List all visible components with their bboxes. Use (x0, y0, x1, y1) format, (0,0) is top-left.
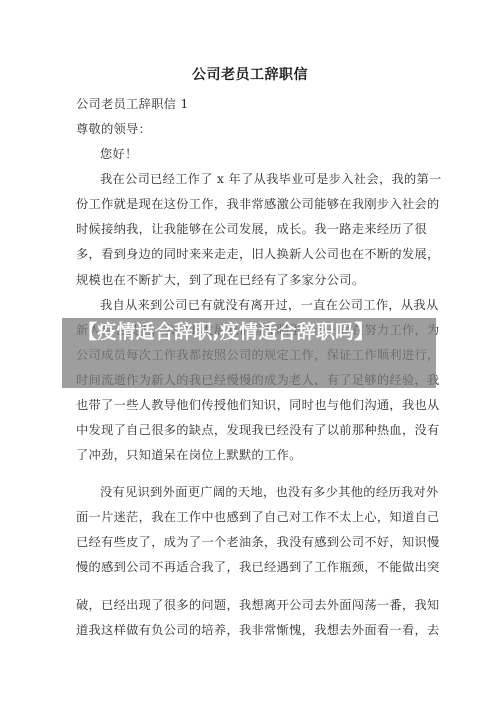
document-subtitle: 公司老员工辞职信 1 (76, 96, 426, 112)
paragraph-line: 没有见识到外面更广阔的天地，也没有多少其他的经历我对外 (100, 484, 426, 500)
paragraph-line: 我在公司已经工作了 x 年了从我毕业可是步入社会，我的第一 (100, 171, 426, 187)
greeting: 您好！ (100, 146, 426, 162)
salutation: 尊敬的领导： (76, 121, 426, 137)
paragraph-line: 多，看到身边的同时来来走走，旧人换新人公司也在不断的发展， (76, 246, 426, 262)
paragraph-line: 已经有些皮了，成为了一个老油条，我没有感到公司不好，知识慢 (76, 534, 426, 550)
paragraph-line: 慢的感到公司不再适合我了，我已经遇到了工作瓶颈，不能做出突 (76, 559, 426, 575)
paragraph-line: 中发现了自己很多的缺点，发现我已经没有了以前那种热血，没有 (76, 422, 426, 438)
paragraph-line: 了冲劲，只知道呆在岗位上默默的工作。 (76, 447, 426, 463)
paragraph-line: 也带了一些人教导他们传授他们知识，同时也与他们沟通，我也从 (76, 397, 426, 413)
paragraph-line: 份工作就是现在这份工作，我非常感激公司能够在我刚步入社会的 (76, 196, 426, 212)
paragraph-line: 我自从来到公司已有就没有离开过，一直在公司工作，从我从 (100, 297, 426, 313)
document-page: 公司老员工辞职信 公司老员工辞职信 1 尊敬的领导： 您好！ 我在公司已经工作了… (0, 0, 500, 706)
paragraph-line: 面一片迷茫，我在工作中也感到了自己对工作不太上心，知道自己 (76, 509, 426, 525)
paragraph-line: 破，已经出现了很多的问题，我想离开公司去外面闯荡一番，我知 (76, 597, 426, 613)
document-title: 公司老员工辞职信 (0, 64, 500, 84)
paragraph-line: 道我这样做有负公司的培养，我非常惭愧，我想去外面看一看，去 (76, 622, 426, 638)
paragraph-line: 规模也在不断扩大，到了现在已经有了多家分公司。 (76, 272, 426, 288)
paragraph-line: 时候接纳我，让我能够在公司发展，成长。我一路走来经历了很 (76, 221, 426, 237)
caption-overlay-text: 【疫情适合辞职,疫情适合辞职吗】 (78, 320, 423, 344)
